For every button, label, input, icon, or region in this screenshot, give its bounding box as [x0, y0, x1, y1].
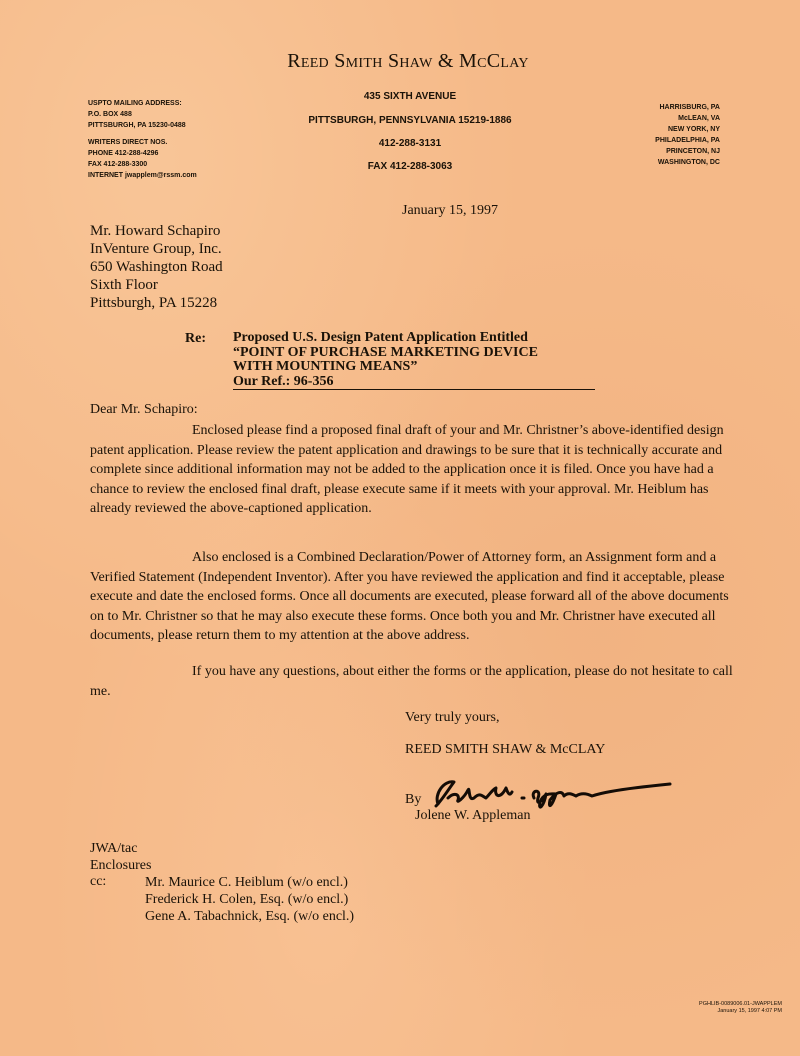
- body-paragraph-3: If you have any questions, about either …: [90, 662, 735, 701]
- mailing-box: P.O. BOX 488: [88, 109, 197, 120]
- reference-number: Our Ref.: 96-356: [233, 375, 595, 391]
- direct-internet: INTERNET jwapplem@rssm.com: [88, 170, 197, 181]
- by-label: By: [405, 792, 421, 808]
- mailing-city: PITTSBURGH, PA 15230-0488: [88, 120, 197, 131]
- recipient-address: Mr. Howard Schapiro InVenture Group, Inc…: [90, 222, 223, 312]
- mailing-label: USPTO MAILING ADDRESS:: [88, 98, 197, 109]
- cc-recipient: Mr. Maurice C. Heiblum (w/o encl.): [145, 874, 354, 891]
- salutation: Dear Mr. Schapiro:: [90, 402, 198, 418]
- paragraph-text: Enclosed please find a proposed final dr…: [90, 423, 724, 516]
- signer-name: Jolene W. Appleman: [415, 808, 531, 824]
- office-list: HARRISBURG, PA McLEAN, VA NEW YORK, NY P…: [560, 102, 720, 168]
- document-footer: PGHLIB-0089006.01-JWAPPLEM January 15, 1…: [660, 1001, 782, 1015]
- office-item: WASHINGTON, DC: [560, 157, 720, 168]
- direct-fax: FAX 412-288-3300: [88, 159, 197, 170]
- office-item: HARRISBURG, PA: [560, 102, 720, 113]
- recipient-line: 650 Washington Road: [90, 258, 223, 276]
- recipient-line: Sixth Floor: [90, 276, 223, 294]
- closing-firm: REED SMITH SHAW & McCLAY: [405, 742, 605, 758]
- writer-contact-block: USPTO MAILING ADDRESS: P.O. BOX 488 PITT…: [88, 98, 197, 181]
- body-paragraph-2: Also enclosed is a Combined Declaration/…: [90, 548, 735, 646]
- re-line: “POINT OF PURCHASE MARKETING DEVICE: [233, 346, 595, 361]
- recipient-line: InVenture Group, Inc.: [90, 240, 223, 258]
- re-line: WITH MOUNTING MEANS”: [233, 360, 595, 375]
- doc-id: PGHLIB-0089006.01-JWAPPLEM: [660, 1001, 782, 1008]
- re-label: Re:: [185, 331, 206, 347]
- firm-phone: 412-288-3131: [270, 138, 550, 149]
- enclosures-note: Enclosures: [90, 857, 151, 874]
- direct-label: WRITERS DIRECT NOS.: [88, 137, 197, 148]
- paragraph-text: Also enclosed is a Combined Declaration/…: [90, 550, 729, 643]
- cc-recipient: Frederick H. Colen, Esq. (w/o encl.): [145, 891, 354, 908]
- letter-date: January 15, 1997: [402, 203, 498, 219]
- paragraph-text: If you have any questions, about either …: [90, 664, 733, 699]
- cc-list: Mr. Maurice C. Heiblum (w/o encl.) Frede…: [145, 874, 354, 925]
- firm-fax: FAX 412-288-3063: [270, 161, 550, 172]
- typist-initials: JWA/tac: [90, 840, 151, 857]
- doc-timestamp: January 15, 1997 4:07 PM: [660, 1008, 782, 1015]
- firm-city: PITTSBURGH, PENNSYLVANIA 15219-1886: [270, 115, 550, 126]
- recipient-line: Mr. Howard Schapiro: [90, 222, 223, 240]
- firm-street: 435 SIXTH AVENUE: [270, 91, 550, 102]
- direct-phone: PHONE 412-288-4296: [88, 148, 197, 159]
- office-item: NEW YORK, NY: [560, 124, 720, 135]
- body-paragraph-1: Enclosed please find a proposed final dr…: [90, 421, 735, 519]
- re-line: Proposed U.S. Design Patent Application …: [233, 331, 595, 346]
- firm-name-letterhead: Reed Smith Shaw & McClay: [0, 50, 800, 73]
- office-item: PRINCETON, NJ: [560, 146, 720, 157]
- office-item: McLEAN, VA: [560, 113, 720, 124]
- cc-recipient: Gene A. Tabachnick, Esq. (w/o encl.): [145, 908, 354, 925]
- cc-label: cc:: [90, 874, 106, 890]
- recipient-line: Pittsburgh, PA 15228: [90, 294, 223, 312]
- office-item: PHILADELPHIA, PA: [560, 135, 720, 146]
- reference-initials-block: JWA/tac Enclosures: [90, 840, 151, 874]
- re-subject: Proposed U.S. Design Patent Application …: [233, 331, 595, 390]
- valediction: Very truly yours,: [405, 710, 500, 726]
